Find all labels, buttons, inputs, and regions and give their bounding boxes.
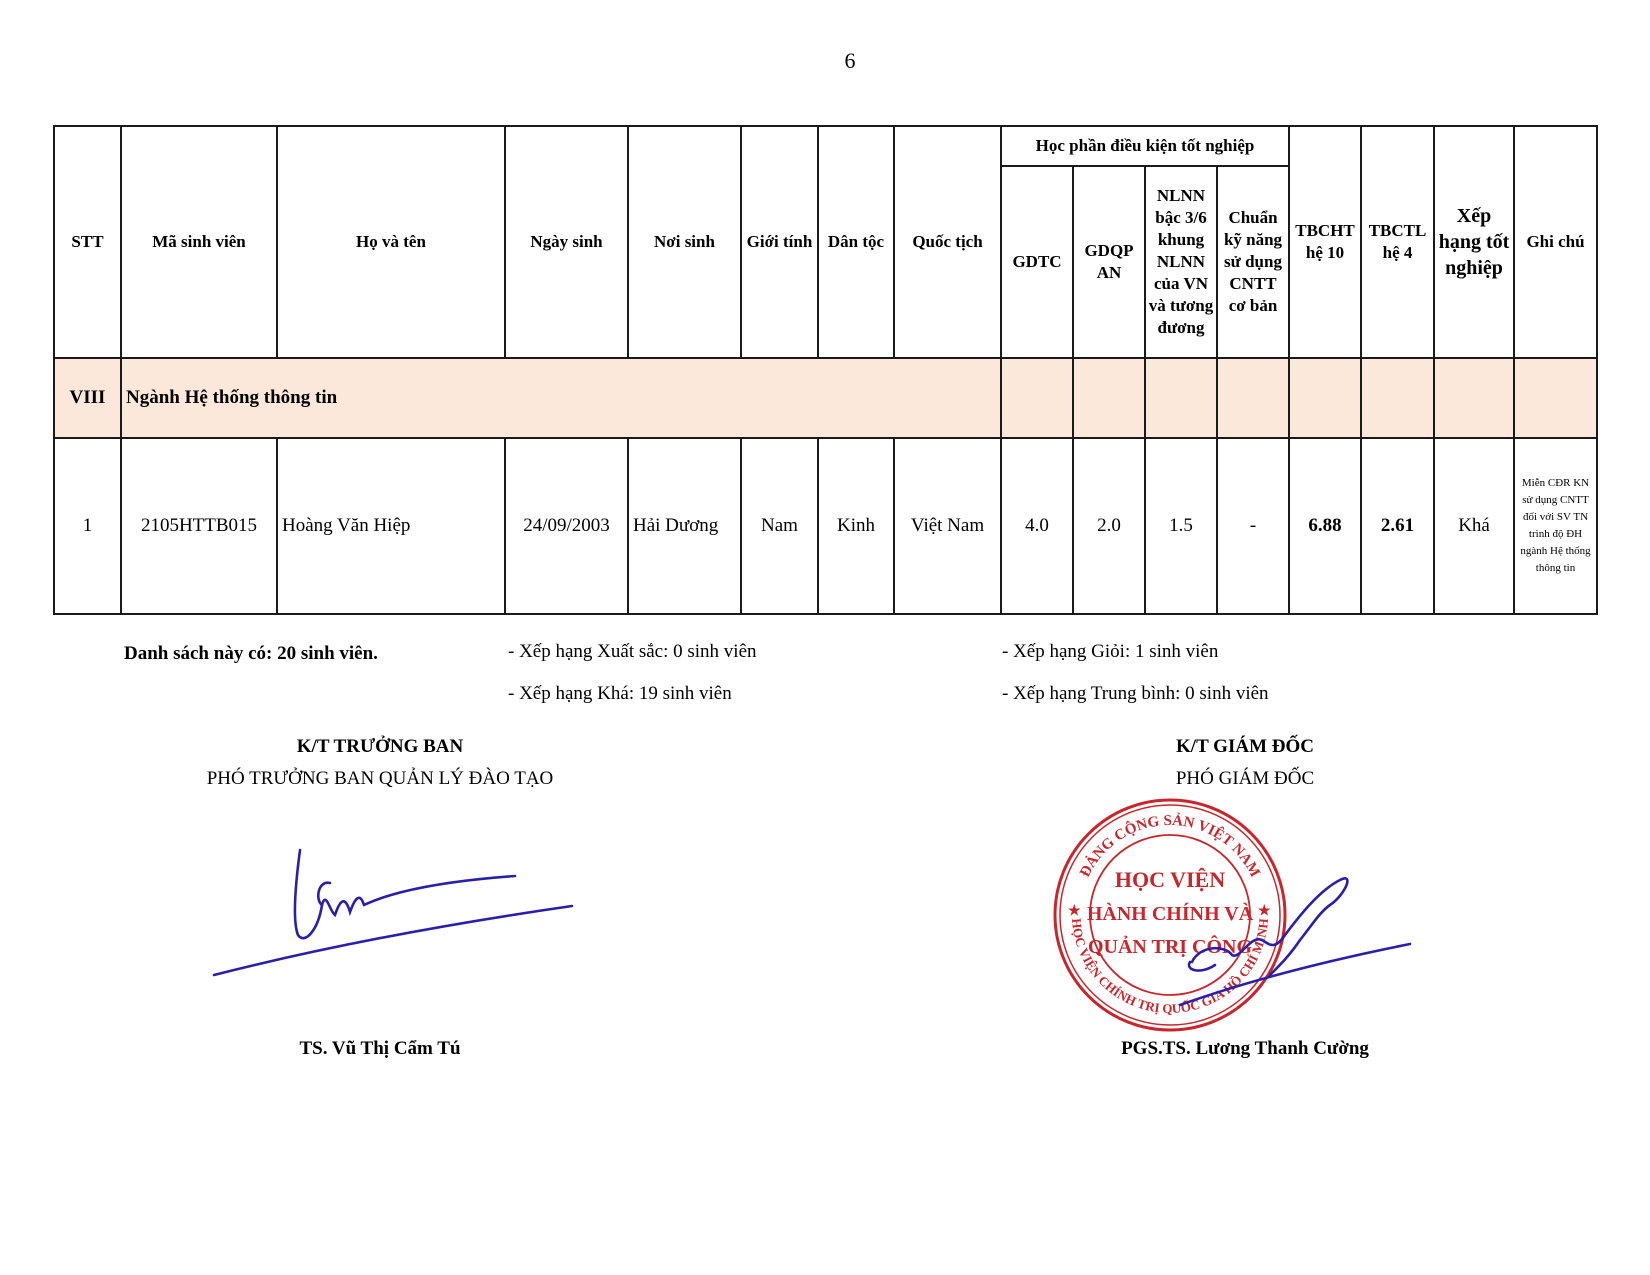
right-signature-icon	[0, 0, 1650, 1275]
right-signatory-name: PGS.TS. Lương Thanh Cường	[1045, 1038, 1445, 1060]
